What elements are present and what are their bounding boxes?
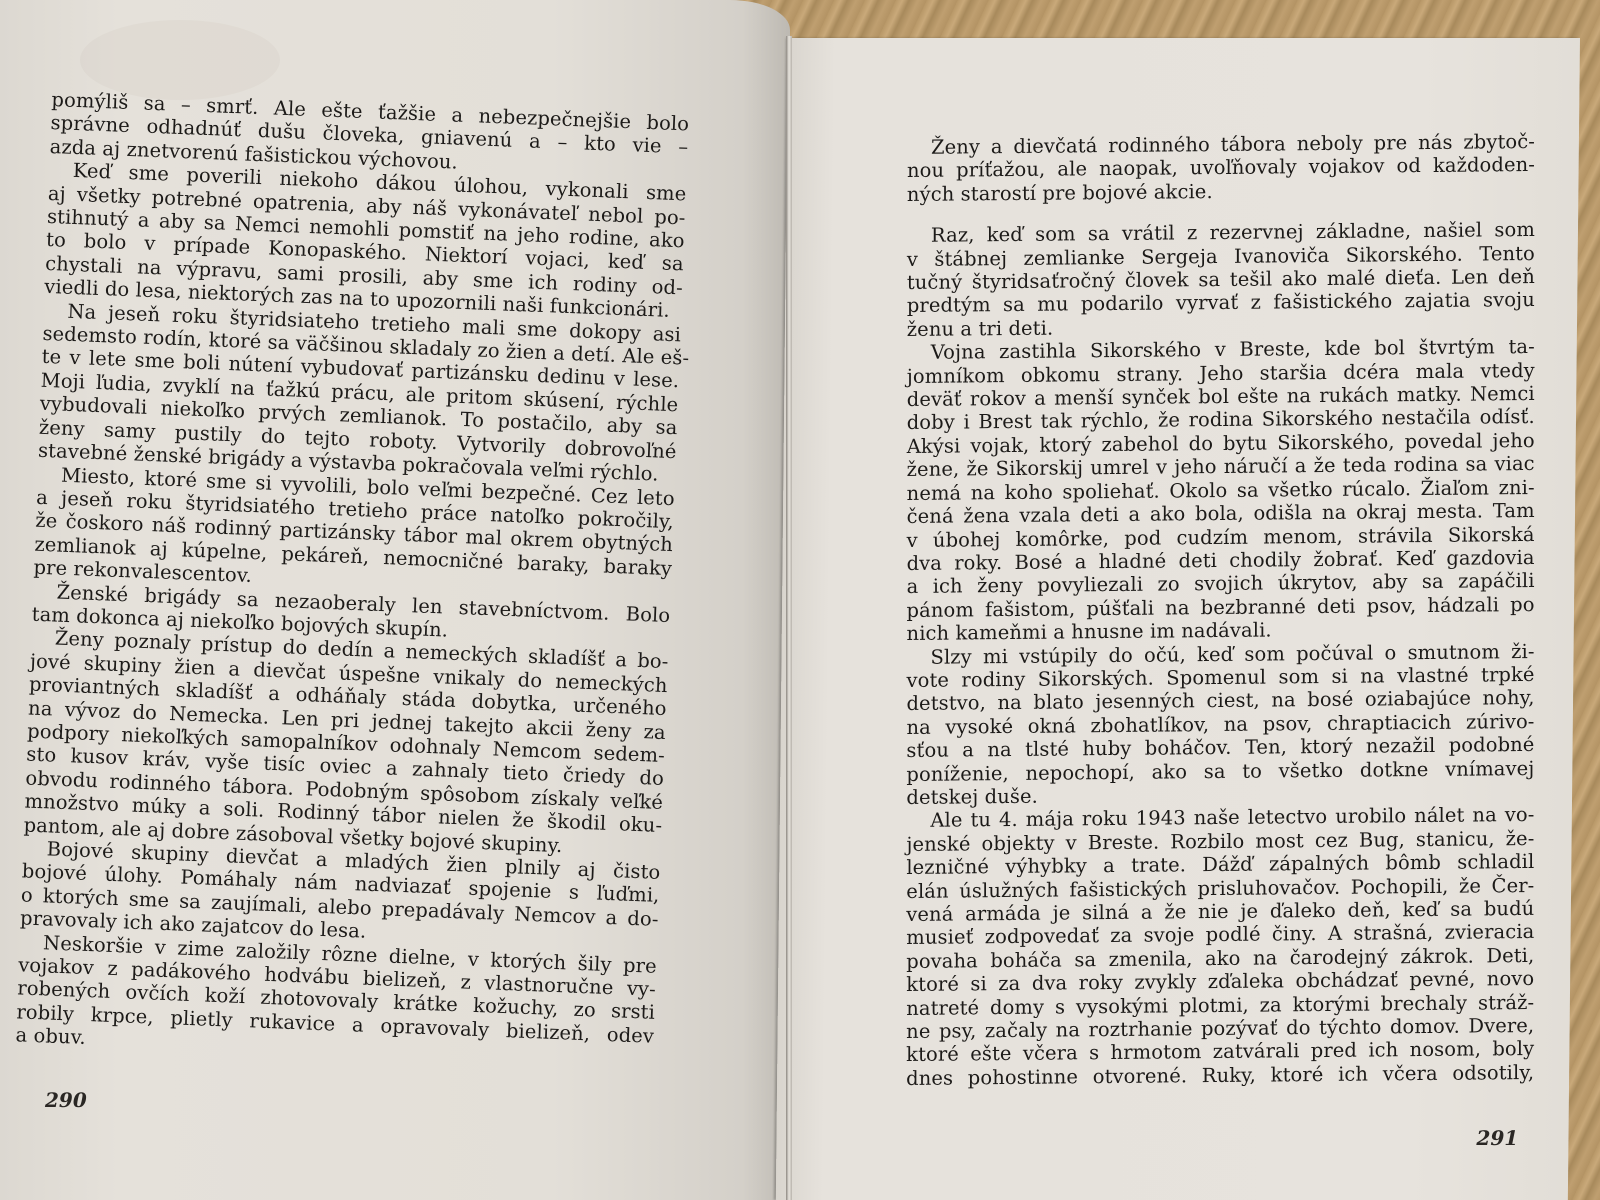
left-page-text: pomýliš sa – smrť. Ale ešte ťažšie a neb… [15, 88, 689, 1071]
right-page-text: Ženy a dievčatá rodinného tábora neboly … [906, 130, 1535, 1090]
page-number-right: 291 [1476, 1126, 1518, 1150]
text-line: dnes pohostinne otvorené. Ruky, ktoré ic… [906, 1061, 1534, 1090]
right-page: Ženy a dievčatá rodinného tábora neboly … [776, 38, 1580, 1200]
left-page: pomýliš sa – smrť. Ale ešte ťažšie a neb… [0, 0, 790, 1200]
page-number-left: 290 [45, 1088, 87, 1112]
paper-smudge [80, 20, 280, 100]
book-gutter [786, 36, 792, 1200]
book-photo-scene: pomýliš sa – smrť. Ale ešte ťažšie a neb… [0, 0, 1600, 1200]
